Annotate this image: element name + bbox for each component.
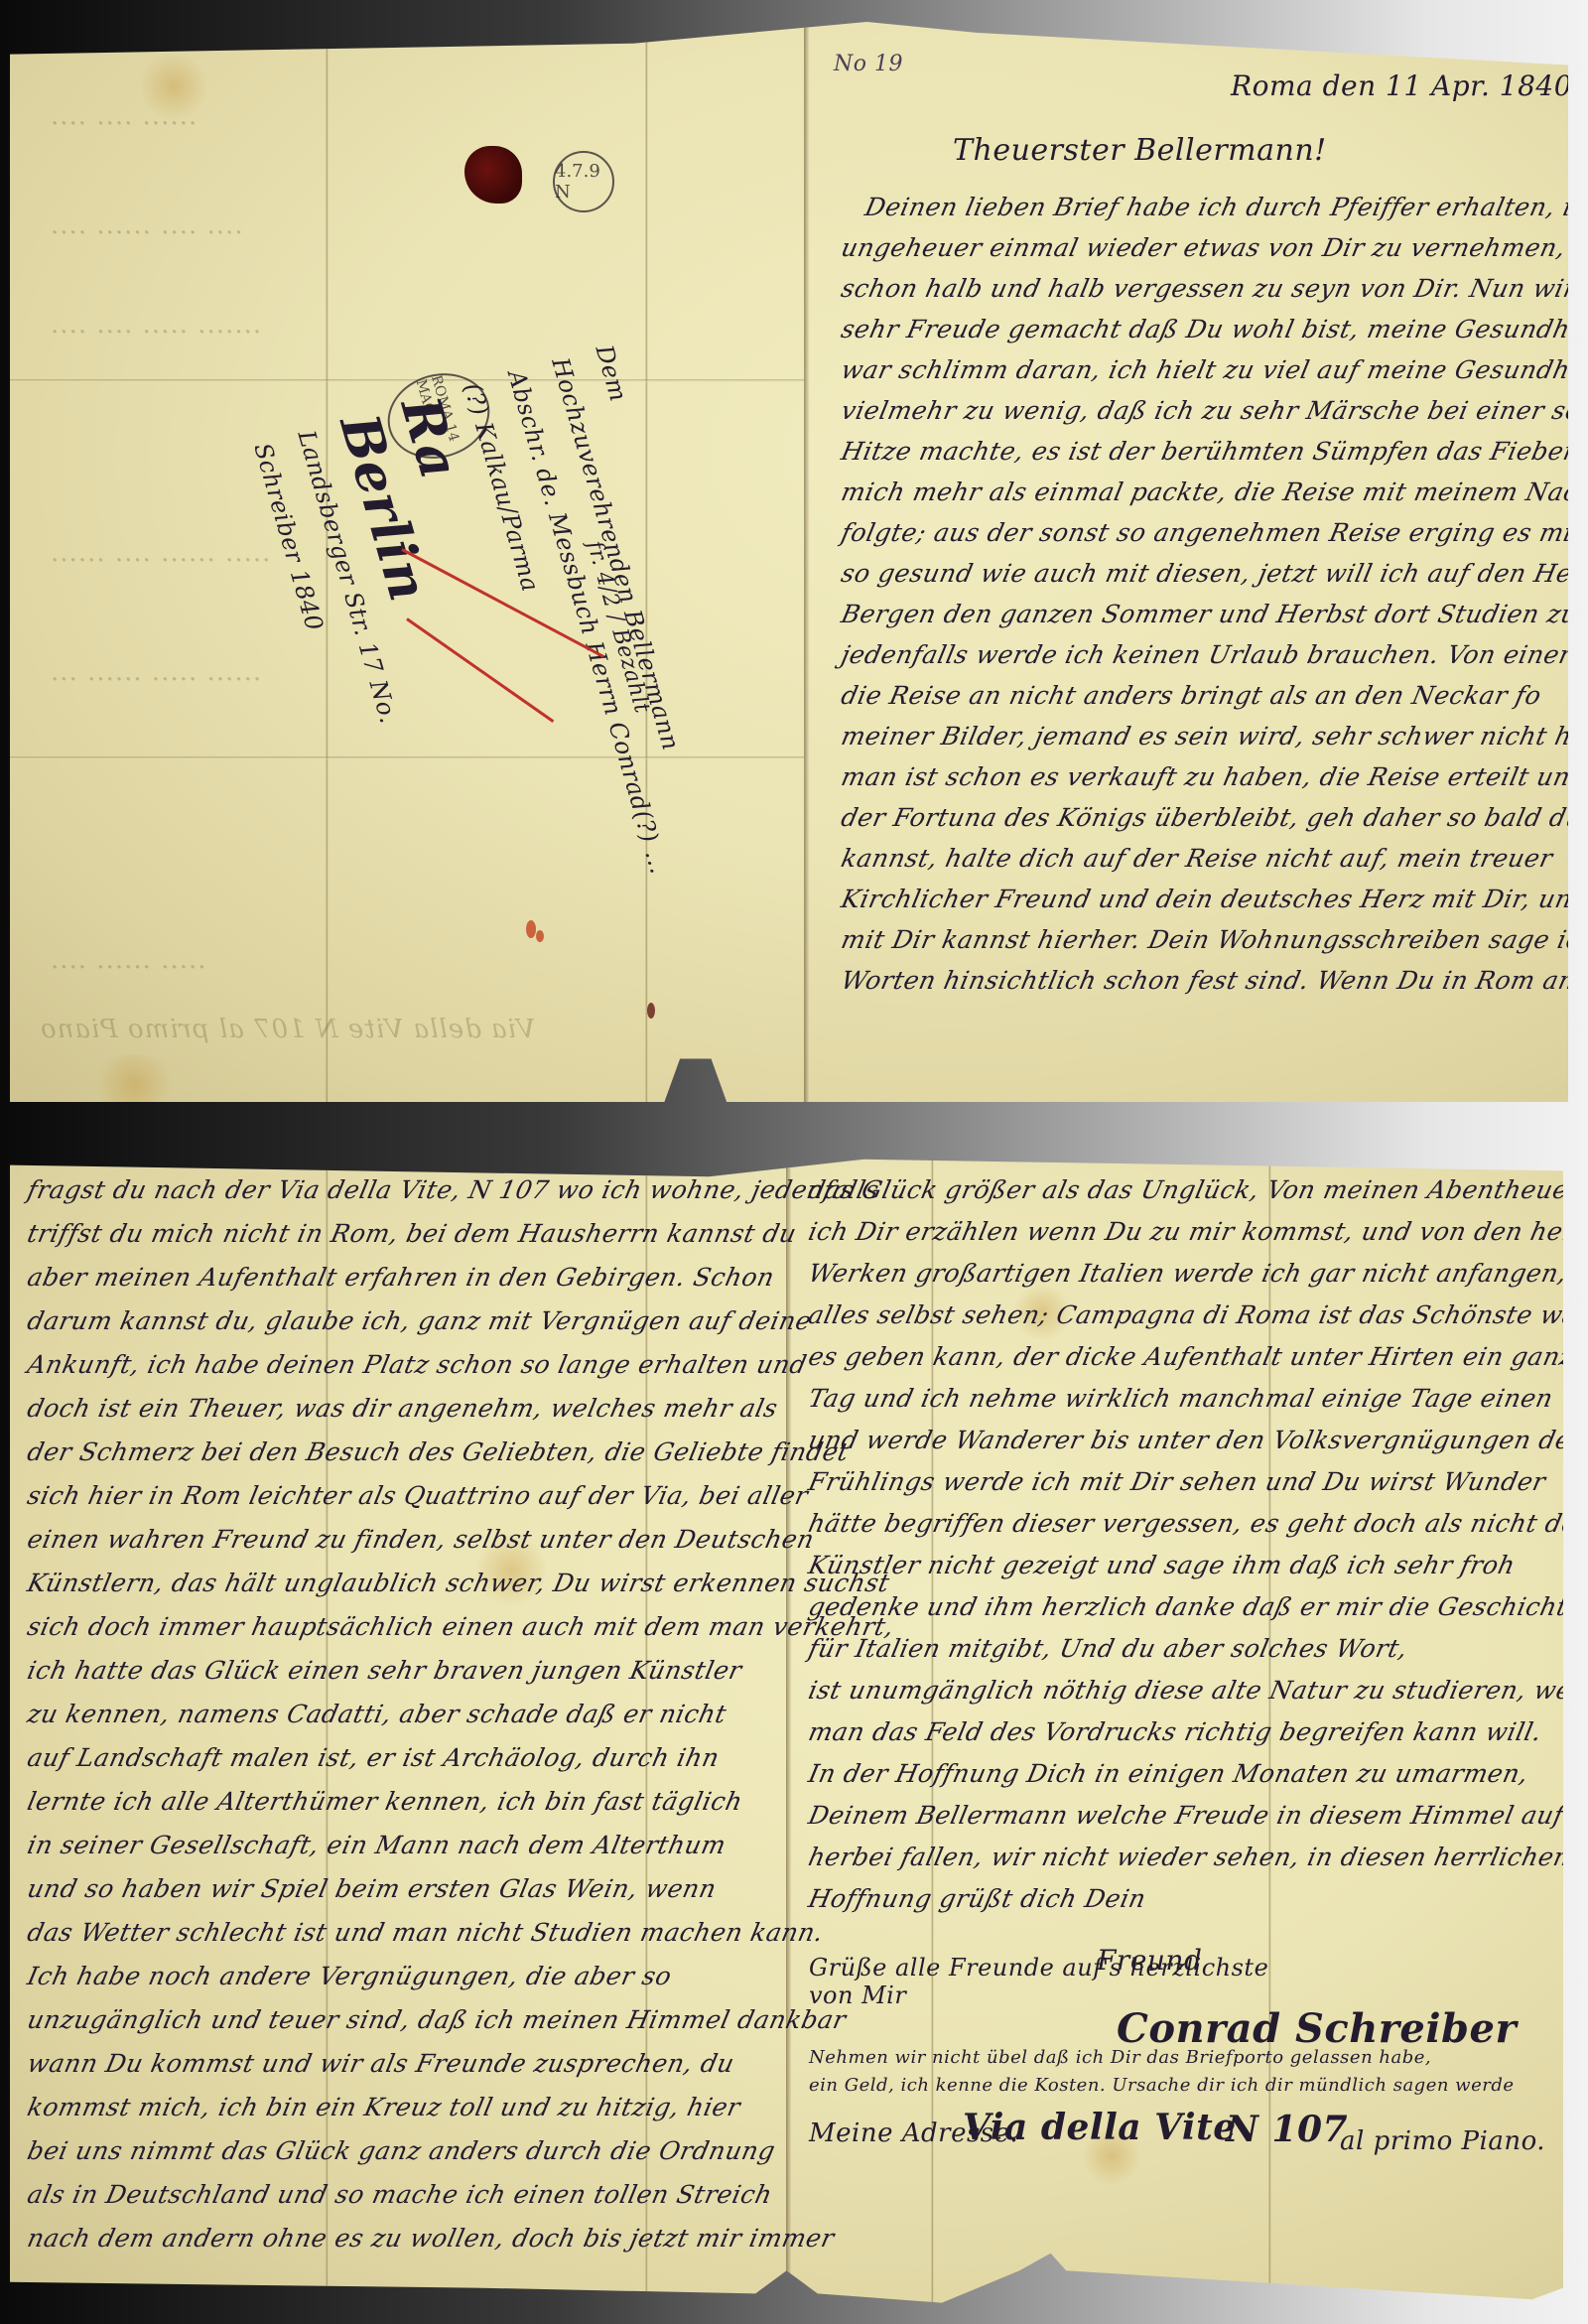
text-line: das Wetter schlecht ist und man nicht St… (25, 1918, 827, 1947)
text-line: und werde Wanderer bis unter den Volksve… (806, 1426, 1587, 1454)
signature: Conrad Schreiber (1117, 2005, 1517, 2052)
closing-word: Freund (1097, 1944, 1202, 1977)
text-line: unzugänglich und teuer sind, daß ich mei… (25, 2005, 849, 2034)
text-line: herbei fallen, wir nicht wieder sehen, i… (806, 1843, 1573, 1871)
text-line: Bergen den ganzen Sommer und Herbst dort… (839, 600, 1588, 628)
text-line: wann Du kommst und wir als Freunde zuspr… (25, 2049, 737, 2078)
text-line: Deinen lieben Brief habe ich durch Pfeif… (862, 193, 1588, 221)
text-line: Ankunft, ich habe deinen Platz schon so … (25, 1350, 810, 1379)
text-line: lernte ich alle Alterthümer kennen, ich … (25, 1787, 745, 1816)
text-line: aber meinen Aufenthalt erfahren in den G… (25, 1263, 777, 1292)
text-line: und so haben wir Spiel beim ersten Glas … (25, 1874, 720, 1903)
text-line: darum kannst du, glaube ich, ganz mit Ve… (25, 1306, 814, 1335)
text-line: das Glück größer als das Unglück, Von me… (806, 1175, 1588, 1204)
text-line: kommst mich, ich bin ein Kreuz toll und … (25, 2093, 743, 2121)
text-line: schon halb und halb vergessen zu seyn vo… (839, 274, 1588, 303)
text-line: doch ist ein Theuer, was dir angenehm, w… (25, 1394, 780, 1423)
text-line: vielmehr zu wenig, daß ich zu sehr Märsc… (839, 396, 1588, 425)
text-line: sehr Freude gemacht daß Du wohl bist, me… (839, 315, 1588, 343)
text-line: kannst, halte dich auf der Reise nicht a… (839, 844, 1555, 873)
text-line: die Reise an nicht anders bringt als an … (839, 681, 1544, 710)
text-line: ich hatte das Glück einen sehr braven ju… (25, 1656, 744, 1685)
fold-line (10, 379, 804, 382)
postscript-line: Nehmen wir nicht übel daß ich Dir das Br… (809, 2047, 1431, 2068)
text-line: fragst du nach der Via della Vite, N 107… (25, 1175, 882, 1204)
letter-date: Roma den 11 Apr. 1840. (1231, 69, 1581, 102)
text-line: man das Feld des Vordrucks richtig begre… (806, 1717, 1544, 1746)
text-line: ungeheuer einmal wieder etwas von Dir zu… (839, 233, 1588, 262)
text-line: bei uns nimmt das Glück ganz anders durc… (25, 2136, 778, 2165)
address-block: Dem Hochzuverehrenden Bellermann Abschr.… (240, 340, 769, 952)
letter-sheet-inner: fragst du nach der Via della Vite, N 107… (10, 1154, 1563, 2305)
text-line: als in Deutschland und so mache ich eine… (25, 2180, 775, 2209)
text-line: in seiner Gesellschaft, ein Mann nach de… (25, 1831, 728, 1859)
letter-sheet-outer: ...... .... .... .... .... ...... .... .… (10, 22, 1568, 1102)
text-line: sich doch immer hauptsächlich einen auch… (25, 1612, 897, 1641)
text-line: Tag und ich nehme wirklich manchmal eini… (806, 1384, 1588, 1413)
text-line: mit Dir kannst hierher. Dein Wohnungssch… (839, 925, 1588, 954)
text-line: es geben kann, der dicke Aufenthalt unte… (806, 1342, 1588, 1371)
text-line: mich mehr als einmal packte, die Reise m… (839, 478, 1588, 506)
text-line: alles selbst sehen; Campagna di Roma ist… (806, 1300, 1588, 1329)
text-line: Werken großartigen Italien werde ich gar… (806, 1259, 1588, 1288)
text-line: ist unumgänglich nöthig diese alte Natur… (806, 1676, 1588, 1705)
text-line: ich Dir erzählen wenn Du zu mir kommst, … (806, 1217, 1588, 1246)
text-line: man ist schon es verkauft zu haben, die … (839, 762, 1588, 791)
text-line: Worten hinsichtlich schon fest sind. Wen… (839, 966, 1588, 995)
text-line: nach dem andern ohne es zu wollen, doch … (25, 2224, 837, 2253)
text-line: so gesund wie auch mit diesen, jetzt wil… (839, 559, 1588, 588)
text-line: war schlimm daran, ich hielt zu viel auf… (839, 355, 1588, 384)
text-line: einen wahren Freund zu finden, selbst un… (25, 1525, 817, 1554)
sheet-edge (804, 22, 810, 1102)
text-line: triffst du mich nicht in Rom, bei dem Ha… (25, 1219, 799, 1248)
text-line: der Schmerz bei den Besuch des Geliebten… (25, 1437, 852, 1466)
text-line: Frühlings werde ich mit Dir sehen und Du… (806, 1467, 1548, 1496)
text-line: In der Hoffnung Dich in einigen Monaten … (806, 1759, 1531, 1788)
page-mark: No 19 (834, 52, 903, 76)
text-line: gedenke und ihm herzlich danke daß er mi… (806, 1592, 1586, 1621)
wax-seal (464, 146, 522, 204)
salutation: Theuerster Bellermann! (953, 133, 1327, 168)
text-line: jedenfalls werde ich keinen Urlaub brauc… (839, 640, 1575, 669)
postscript-line: ein Geld, ich kenne die Kosten. Ursache … (809, 2075, 1515, 2096)
mirror-address-text: Via della Vite N 107 al primo Piano (40, 1015, 535, 1044)
address-street-name: Via della Vite (963, 2107, 1237, 2148)
text-line: der Fortuna des Königs überbleibt, geh d… (839, 803, 1586, 832)
text-line: zu kennen, namens Cadatti, aber schade d… (25, 1700, 729, 1728)
text-line: hätte begriffen dieser vergessen, es geh… (806, 1509, 1588, 1538)
text-line: Künstlern, das hält unglaublich schwer, … (25, 1569, 892, 1597)
text-line: Kirchlicher Freund und dein deutsches He… (839, 885, 1588, 913)
text-line: Ich habe noch andere Vergnügungen, die a… (25, 1962, 674, 1990)
text-line: Hitze machte, es ist der berühmten Sümpf… (839, 437, 1588, 466)
text-line: Hoffnung grüßt dich Dein (806, 1884, 1149, 1913)
postmark-stamp: 4.7.9 N (553, 151, 614, 212)
text-line: auf Landschaft malen ist, er ist Archäol… (25, 1743, 723, 1772)
text-line: Deinem Bellermann welche Freude in diese… (806, 1801, 1567, 1830)
text-line: sich hier in Rom leichter als Quattrino … (25, 1481, 811, 1510)
text-line: für Italien mitgibt, Und du aber solches… (806, 1634, 1410, 1663)
address-floor: al primo Piano. (1340, 2126, 1545, 2156)
address-house-number: N 107 (1226, 2109, 1348, 2150)
text-line: meiner Bilder, jemand es sein wird, sehr… (839, 722, 1588, 751)
text-line: folgte; aus der sonst so angenehmen Reis… (839, 518, 1588, 547)
text-line: Künstler nicht gezeigt und sage ihm daß … (806, 1551, 1518, 1579)
closing-greeting-2: von Mir (809, 1982, 906, 2009)
